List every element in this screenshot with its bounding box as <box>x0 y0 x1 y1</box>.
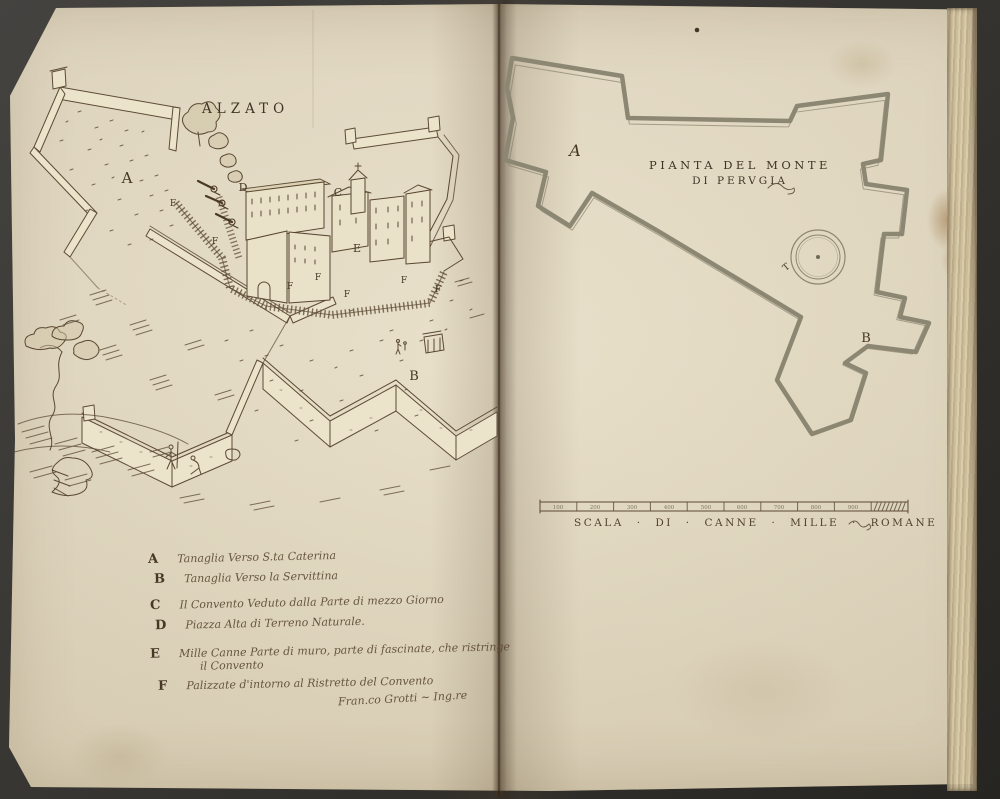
legend-letter: E <box>150 647 160 662</box>
legend-letter: B <box>154 572 165 587</box>
legend-text: Tanaglia Verso S.ta Caterina <box>177 549 336 565</box>
legend-text: Tanaglia Verso la Servittina <box>184 569 338 585</box>
legend-row-c: C Il Convento Veduto dalla Parte di mezz… <box>150 588 444 613</box>
legend: A Tanaglia Verso S.ta Caterina B Tanagli… <box>0 542 520 742</box>
title-pianta: PIANTA DEL MONTE DI PERVGIA <box>640 158 840 187</box>
legend-letter: C <box>150 598 161 613</box>
title-pianta-line1: PIANTA DEL MONTE <box>640 158 840 172</box>
title-alzato: ALZATO <box>202 101 289 117</box>
legend-letter: F <box>158 679 168 694</box>
legend-text: Piazza Alta di Terreno Naturale. <box>185 615 365 632</box>
legend-text: Il Convento Veduto dalla Parte di mezzo … <box>179 593 444 612</box>
legend-row-f: F Palizzate d'intorno al Ristretto del C… <box>158 669 434 694</box>
legend-row-d: D Piazza Alta di Terreno Naturale. <box>155 610 365 633</box>
legend-text: Palizzate d'intorno al Ristretto del Con… <box>186 674 433 692</box>
legend-text-continued: il Convento <box>200 658 264 672</box>
legend-row-e2: il Convento <box>200 653 264 673</box>
scale-caption: SCALA · DI · CANNE · MILLE · ROMANE <box>574 517 937 529</box>
title-pianta-line2: DI PERVGIA <box>640 175 840 187</box>
manuscript-photo: A D C E B F F F F F F F A <box>0 0 1000 799</box>
legend-row-a: A Tanaglia Verso S.ta Caterina <box>148 544 336 567</box>
legend-letter: D <box>155 618 167 633</box>
legend-row-b: B Tanaglia Verso la Servittina <box>154 564 338 587</box>
legend-letter: A <box>148 552 158 567</box>
